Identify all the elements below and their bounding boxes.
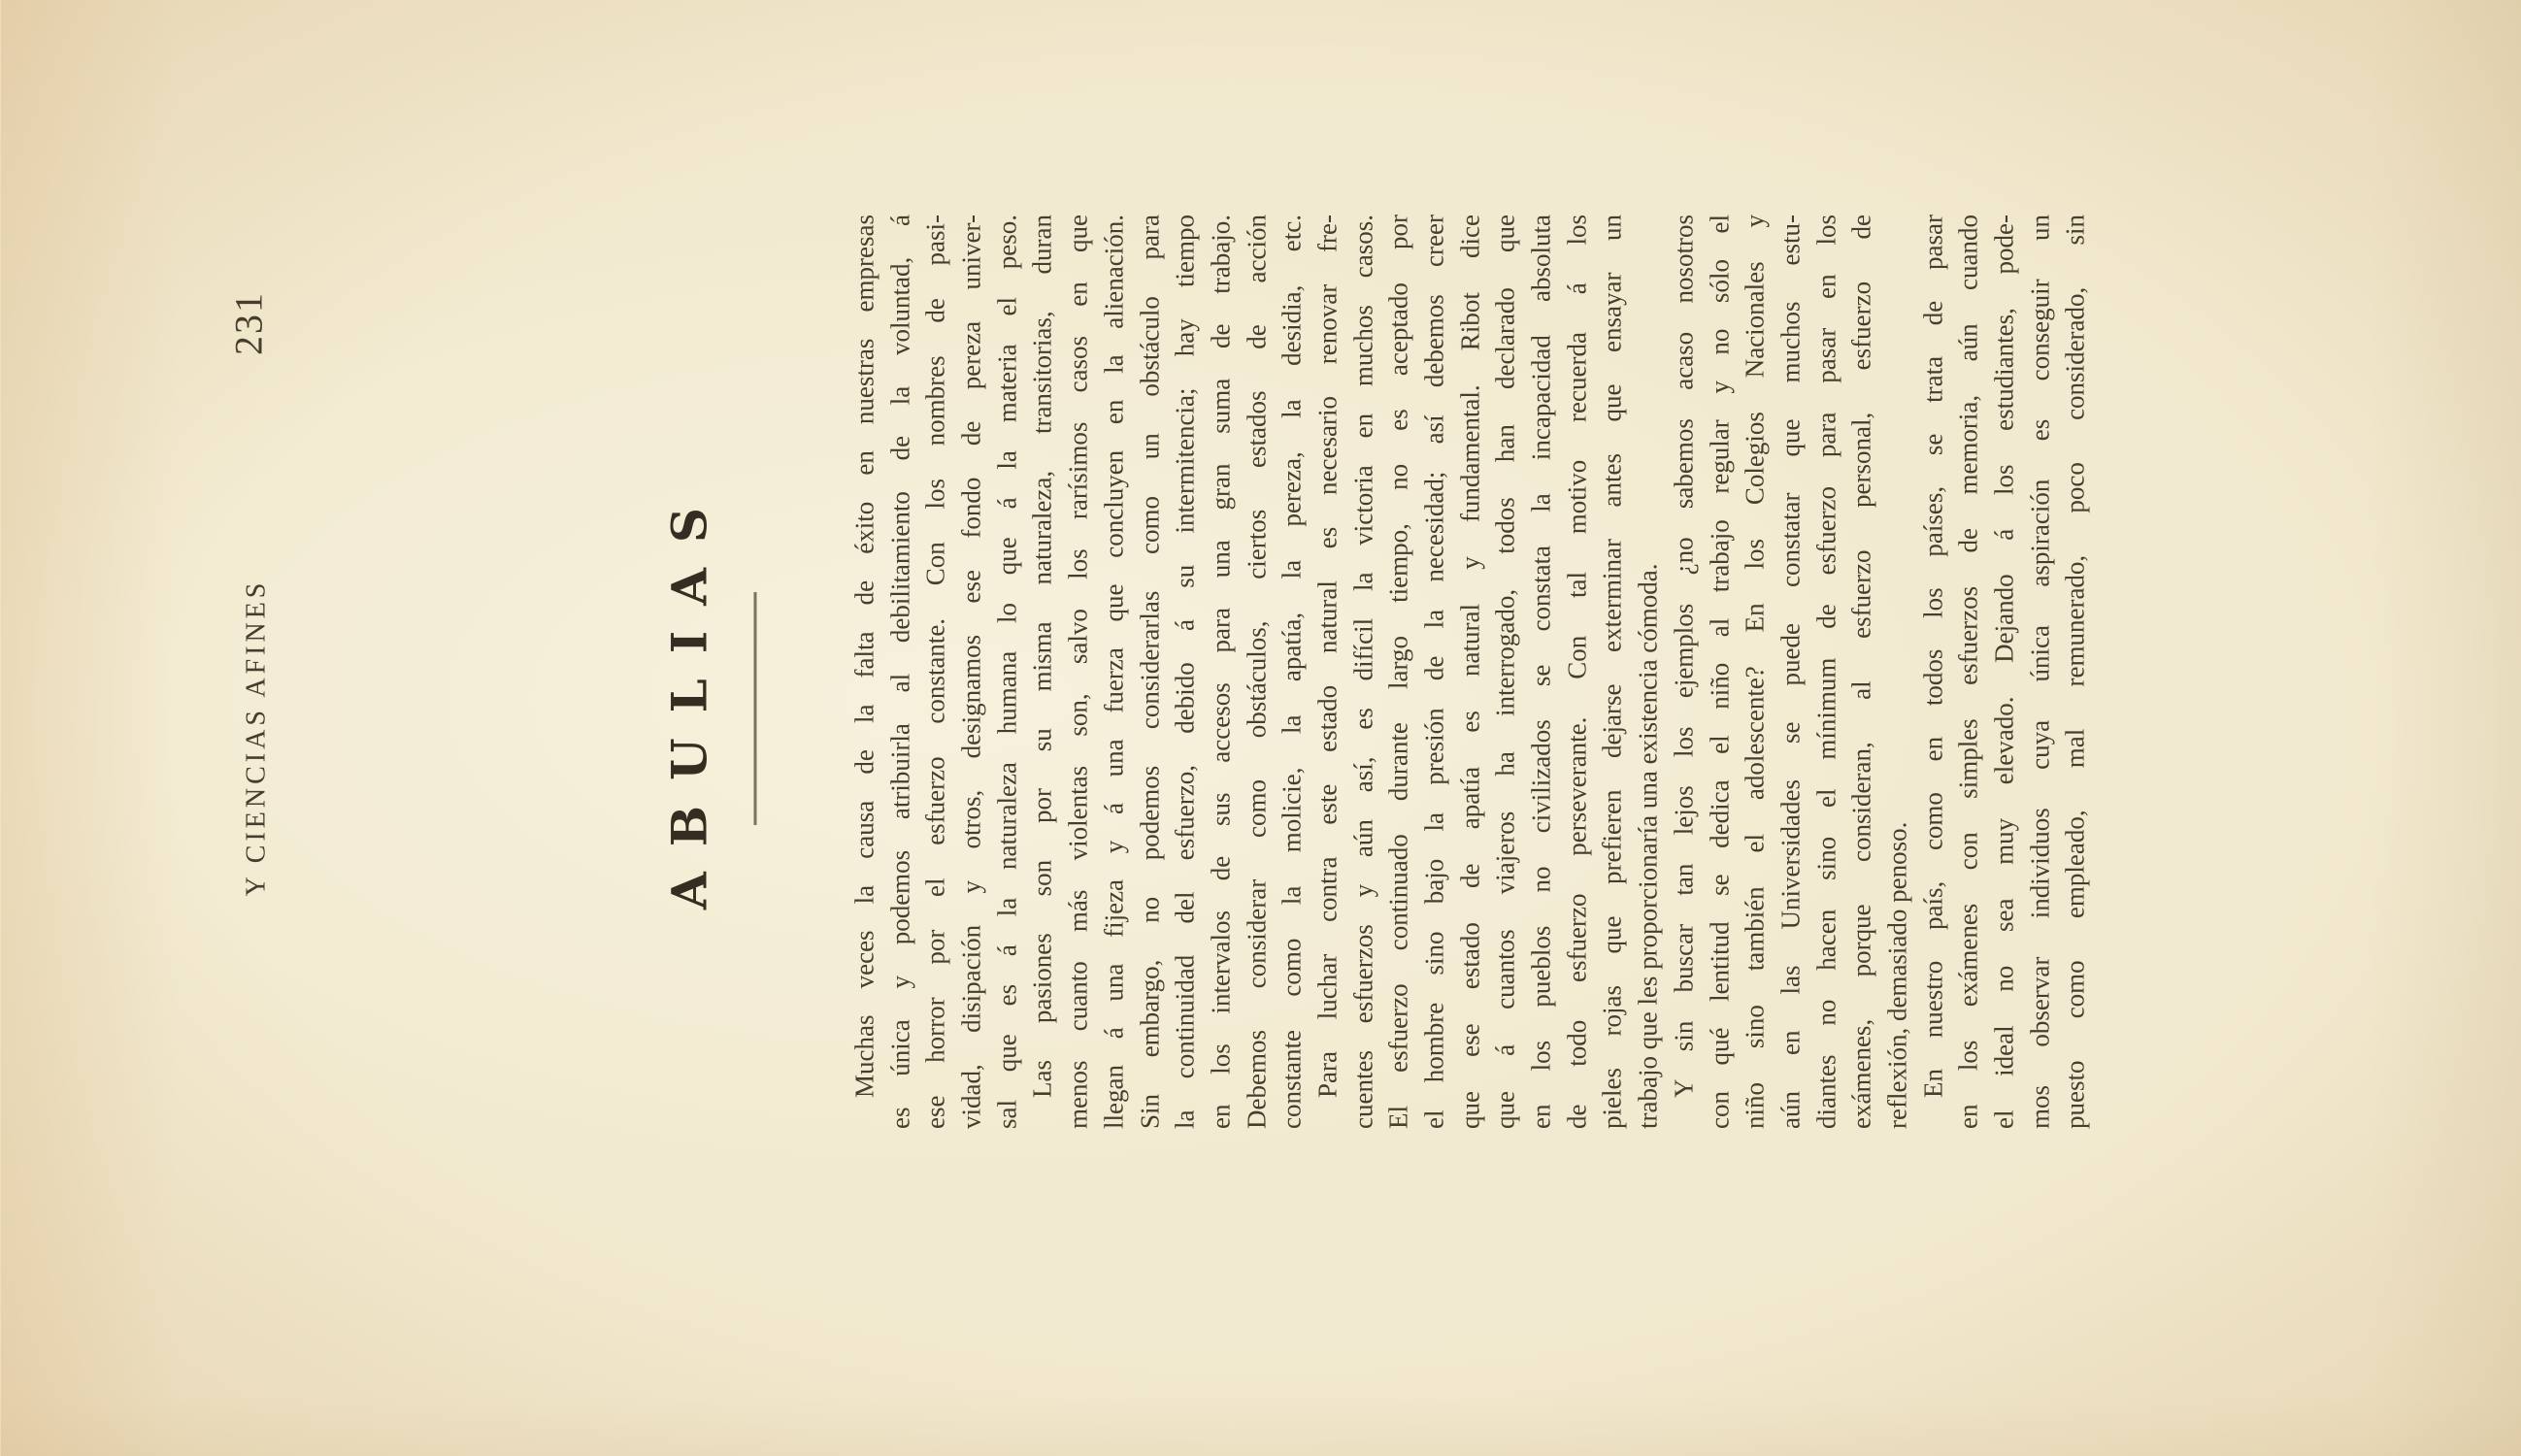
- text-line: ese horror por el esfuerzo constante. Co…: [917, 215, 953, 1129]
- text-line: niño sino también el adolescente? En los…: [1737, 215, 1773, 1129]
- text-line: Para luchar contra este estado natural e…: [1310, 215, 1345, 1129]
- text-line: reflexión, demasiado penoso.: [1879, 215, 1915, 1129]
- text-line: En nuestro país, como en todos los paíse…: [1915, 215, 1951, 1129]
- text-line: cuentes esfuerzos y aún así, es difícil …: [1345, 215, 1381, 1129]
- text-line: sal que es á la naturaleza humana lo que…: [989, 215, 1025, 1129]
- text-line: es única y podemos atribuirla al debilit…: [882, 215, 918, 1129]
- text-line: la continuidad del esfuerzo, debido á su…: [1167, 215, 1203, 1129]
- text-line: que á cuantos viajeros ha interrogado, t…: [1487, 215, 1523, 1129]
- text-line: de todo esfuerzo perseverante. Con tal m…: [1559, 215, 1595, 1129]
- text-line: El esfuerzo continuado durante largo tie…: [1380, 215, 1416, 1129]
- text-line: con qué lentitud se dedica el niño al tr…: [1702, 215, 1738, 1129]
- title-divider: [753, 592, 756, 825]
- text-line: puesto como empleado, mal remunerado, po…: [2057, 215, 2093, 1129]
- text-line: en los pueblos no civilizados se constat…: [1523, 215, 1559, 1129]
- article-title: ABULIAS: [660, 251, 717, 1166]
- text-line: Las pasiones son por su misma naturaleza…: [1024, 215, 1060, 1129]
- scanned-page: Y CIENCIAS AFINES 231 ABULIAS Muchas vec…: [0, 0, 2521, 1456]
- text-line: Y sin buscar tan lejos los ejemplos ¿no …: [1666, 215, 1702, 1129]
- text-line: Muchas veces la causa de la falta de éxi…: [846, 215, 882, 1129]
- text-line: llegan á una fijeza y á una fuerza que c…: [1096, 215, 1132, 1129]
- text-line: diantes no hacen sino el mínimum de esfu…: [1808, 215, 1844, 1129]
- text-line: en los intervalos de sus accesos para un…: [1203, 215, 1239, 1129]
- text-line: en los exámenes con simples esfuerzos de…: [1950, 215, 1986, 1129]
- text-line: el hombre sino bajo la presión de la nec…: [1416, 215, 1452, 1129]
- text-line: trabajo que les proporcionaría una exist…: [1630, 215, 1666, 1129]
- text-line: pieles rojas que prefieren dejarse exter…: [1594, 215, 1630, 1129]
- text-line: mos observar individuos cuya única aspir…: [2022, 215, 2058, 1129]
- text-line: Debemos considerar como obstáculos, cier…: [1239, 215, 1275, 1129]
- text-line: constante como la molicie, la apatía, la…: [1274, 215, 1310, 1129]
- text-line: aún en las Universidades se puede consta…: [1773, 215, 1808, 1129]
- running-title: Y CIENCIAS AFINES: [241, 579, 272, 897]
- text-line: vidad, disipación y otros, designamos es…: [953, 215, 989, 1129]
- article-body: Muchas veces la causa de la falta de éxi…: [846, 215, 2093, 1129]
- page-number: 231: [225, 291, 271, 355]
- page-header: Y CIENCIAS AFINES 231: [231, 215, 318, 1129]
- text-line: el ideal no sea muy elevado. Dejando á l…: [1986, 215, 2022, 1129]
- text-line: que ese estado de apatía es natural y fu…: [1452, 215, 1488, 1129]
- text-line: menos cuanto más violentas son, salvo lo…: [1060, 215, 1096, 1129]
- scan-canvas: Y CIENCIAS AFINES 231 ABULIAS Muchas vec…: [0, 0, 2521, 1456]
- text-line: Sin embargo, no podemos considerarlas co…: [1132, 215, 1168, 1129]
- text-line: exámenes, porque consideran, al esfuerzo…: [1843, 215, 1879, 1129]
